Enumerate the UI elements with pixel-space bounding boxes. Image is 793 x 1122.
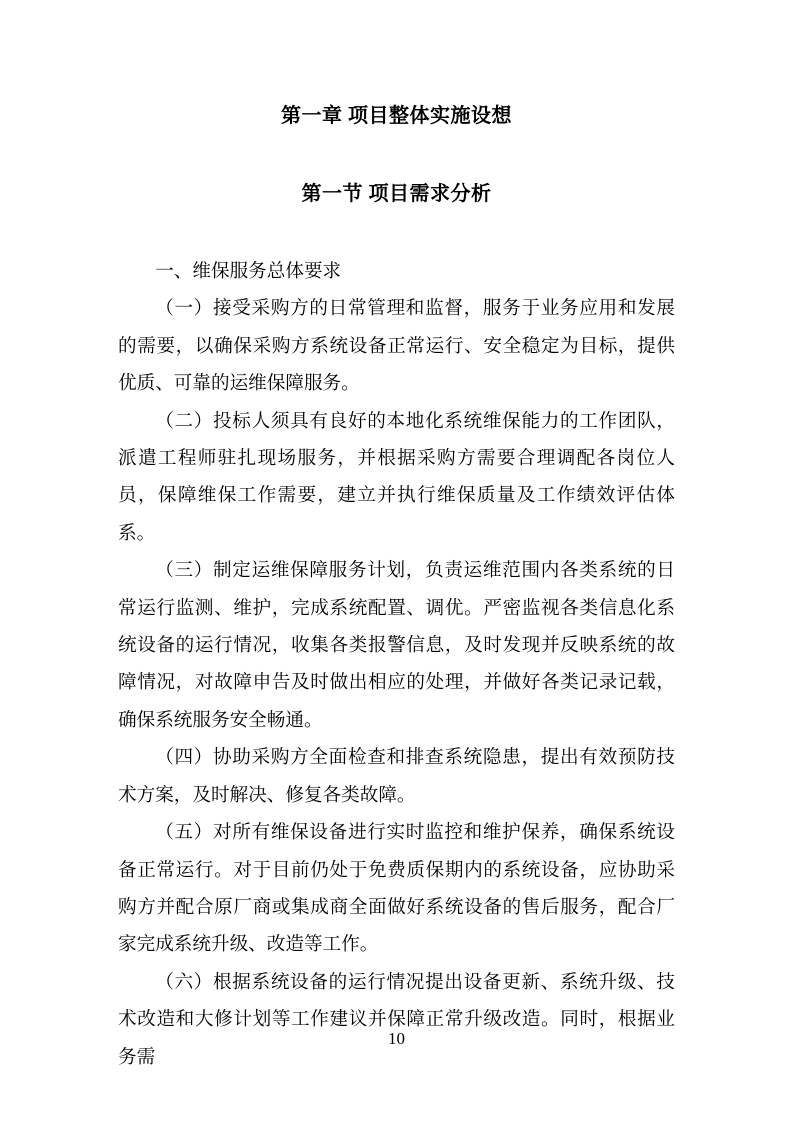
body-paragraph: （二）投标人须具有良好的本地化系统维保能力的工作团队，派遣工程师驻扎现场服务，并… xyxy=(118,403,675,553)
body-paragraph: （四）协助采购方全面检查和排查系统隐患，提出有效预防技术方案，及时解决、修复各类… xyxy=(118,739,675,814)
list-heading: 一、维保服务总体要求 xyxy=(118,253,675,290)
paragraph-container: （一）接受采购方的日常管理和监督，服务于业务应用和发展的需要，以确保采购方系统设… xyxy=(118,290,675,1076)
page-number: 10 xyxy=(0,1028,793,1050)
document-page: 第一章 项目整体实施设想 第一节 项目需求分析 一、维保服务总体要求 （一）接受… xyxy=(0,0,793,1122)
body-paragraph: （五）对所有维保设备进行实时监控和维护保养，确保系统设备正常运行。对于目前仍处于… xyxy=(118,814,675,964)
body-paragraph: （三）制定运维保障服务计划，负责运维范围内各类系统的日常运行监测、维护，完成系统… xyxy=(118,552,675,739)
chapter-title: 第一章 项目整体实施设想 xyxy=(118,98,675,135)
body-paragraph: （一）接受采购方的日常管理和监督，服务于业务应用和发展的需要，以确保采购方系统设… xyxy=(118,290,675,402)
section-title: 第一节 项目需求分析 xyxy=(118,176,675,213)
body-paragraph: （六）根据系统设备的运行情况提出设备更新、系统升级、技术改造和大修计划等工作建议… xyxy=(118,964,675,1076)
document-body: 一、维保服务总体要求 （一）接受采购方的日常管理和监督，服务于业务应用和发展的需… xyxy=(118,253,675,1076)
